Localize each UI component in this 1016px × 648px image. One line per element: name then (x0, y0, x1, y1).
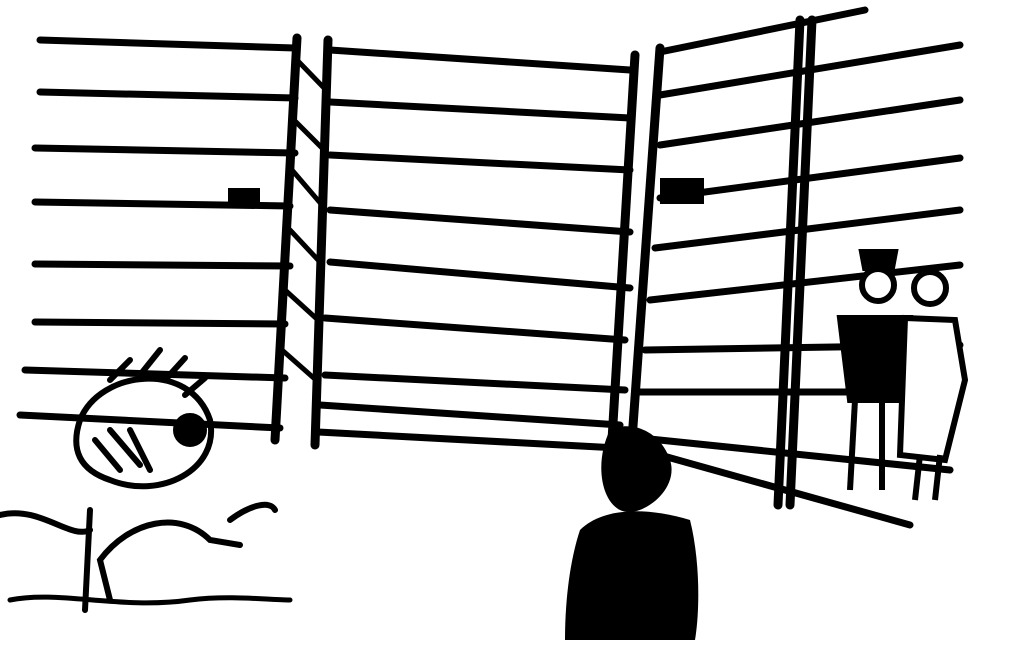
sketch-scene (0, 0, 1016, 648)
